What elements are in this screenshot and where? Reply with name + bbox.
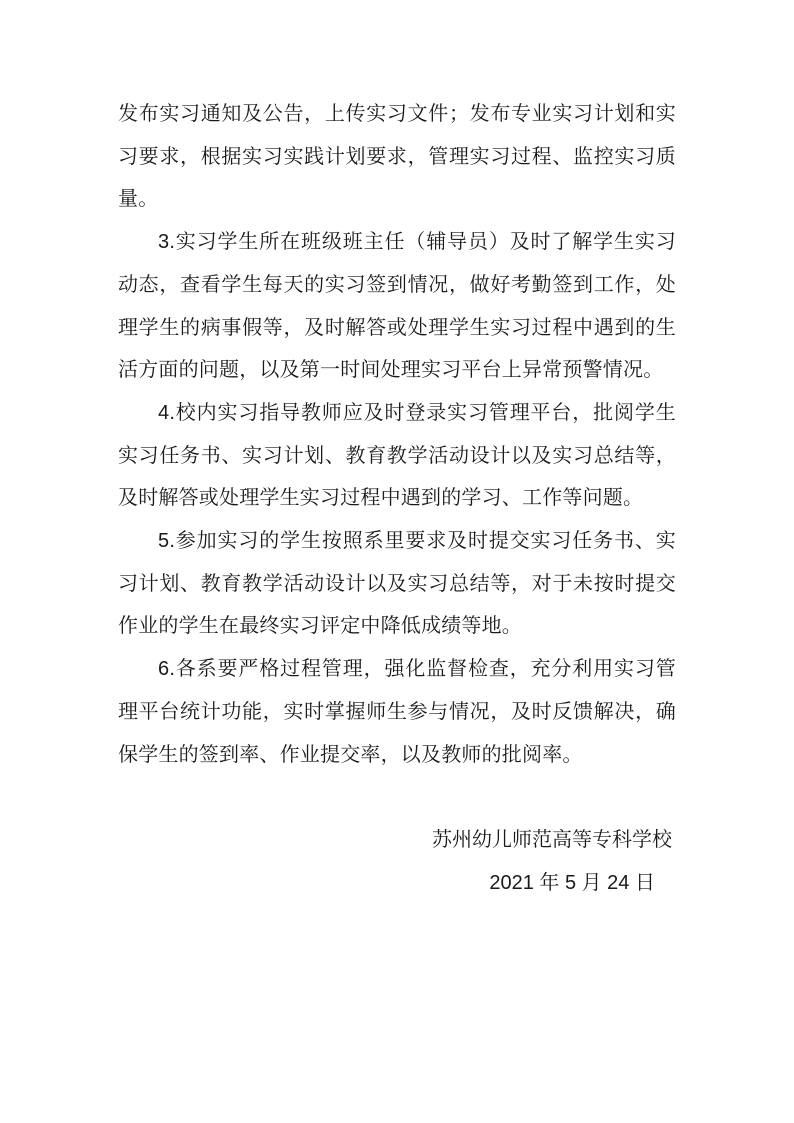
- signature-organization: 苏州幼儿师范高等专科学校: [118, 819, 676, 862]
- paragraph-item-4: 4.校内实习指导教师应及时登录实习管理平台，批阅学生实习任务书、实习计划、教育教…: [118, 392, 676, 520]
- paragraph-item-6: 6.各系要严格过程管理，强化监督检查，充分利用实习管理平台统计功能，实时掌握师生…: [118, 648, 676, 776]
- signature-date: 2021 年 5 月 24 日: [118, 862, 676, 905]
- document-page: 发布实习通知及公告，上传实习文件；发布专业实习计划和实习要求，根据实习实践计划要…: [0, 0, 794, 1123]
- paragraph-continuation: 发布实习通知及公告，上传实习文件；发布专业实习计划和实习要求，根据实习实践计划要…: [118, 93, 676, 221]
- paragraph-item-5: 5.参加实习的学生按照系里要求及时提交实习任务书、实习计划、教育教学活动设计以及…: [118, 520, 676, 648]
- document-body: 发布实习通知及公告，上传实习文件；发布专业实习计划和实习要求，根据实习实践计划要…: [118, 93, 676, 776]
- paragraph-item-3: 3.实习学生所在班级班主任（辅导员）及时了解学生实习动态，查看学生每天的实习签到…: [118, 221, 676, 392]
- signature-block: 苏州幼儿师范高等专科学校 2021 年 5 月 24 日: [118, 819, 676, 904]
